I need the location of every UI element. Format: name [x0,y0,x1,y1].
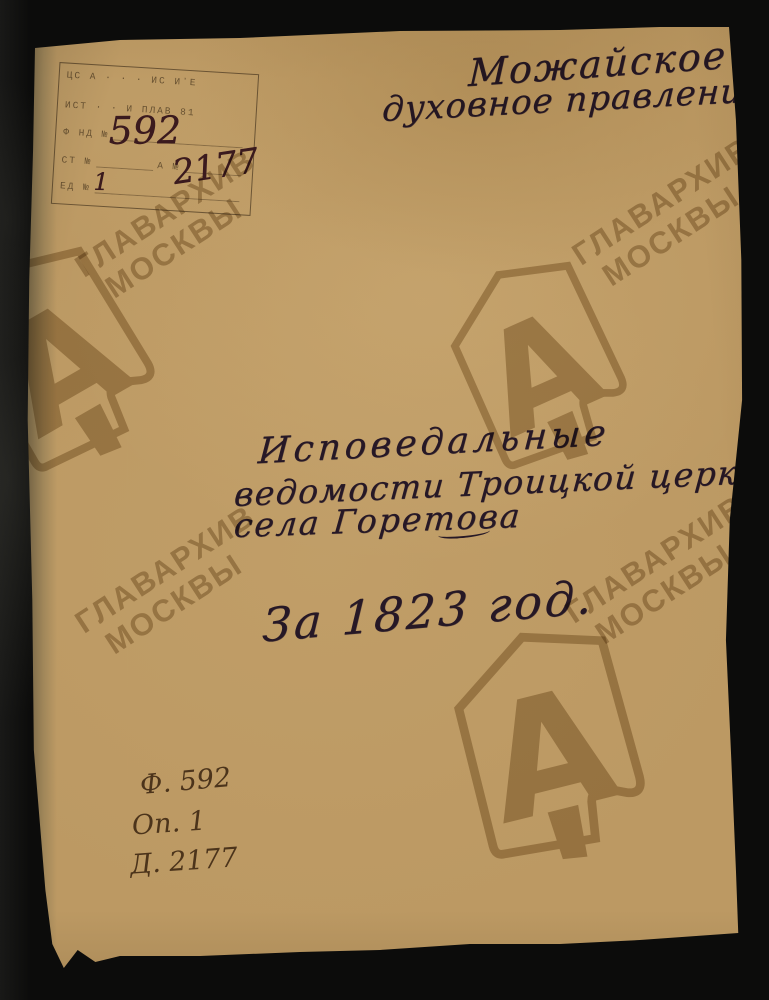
archive-folder-cover: ГЛАВАРХИВ МОСКВЫ ГЛАВАРХИВ МОСКВЫ ГЛАВАР… [0,0,769,1000]
stamp-fond-number: 592 [108,108,181,153]
stamp-unit-label: ЕД № [60,180,91,193]
stamp-faded-text: ЦС А · · · ИС ИʼЕ [66,70,197,89]
stamp-fond-label: Ф НД № [63,126,110,140]
glavarkhiv-watermark-text: ГЛАВАРХИВ МОСКВЫ [567,132,769,299]
pencil-fond-reference: Ф. 592 [139,762,232,801]
stamp-unit-number: 1 [93,168,109,196]
glavarkhiv-logo-icon: А [423,606,668,890]
stamp-row-faded: ЦС А · · · ИС ИʼЕ [66,70,250,92]
archive-stamp: ЦС А · · · ИС ИʼЕ ИСТ · · И ПЛАВ 81 Ф НД… [51,62,259,216]
stamp-case-label: СТ № [61,154,92,167]
header-note-line2: духовное правление [381,70,765,130]
title-flourish-line [438,526,491,540]
stamp-case-number: 2177 [170,141,261,193]
pencil-opis-reference: Оп. 1 [131,805,207,841]
scan-background: ГЛАВАРХИВ МОСКВЫ ГЛАВАРХИВ МОСКВЫ ГЛАВАР… [0,0,769,1000]
pencil-delo-reference: Д. 2177 [129,842,239,880]
